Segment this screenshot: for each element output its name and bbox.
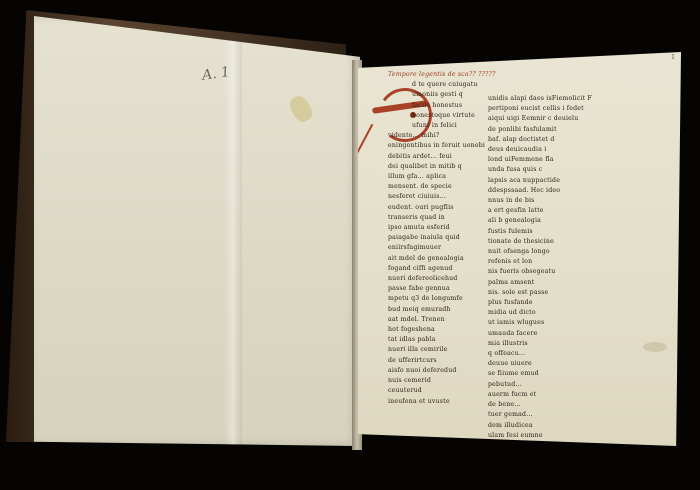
text-line: unda fusa quis c bbox=[488, 165, 600, 175]
text-line: debitis ardet... feui bbox=[388, 152, 496, 162]
text-line: q offeacu... bbox=[488, 349, 600, 359]
text-line: aiqui uigi Eemnir c deuielu bbox=[488, 114, 600, 124]
text-line: aat mdel. Trenen bbox=[388, 315, 496, 325]
manuscript-photo: A. 1 1 Tempore legentis de sca?? ?????? … bbox=[0, 0, 700, 490]
text-line: et cuuid apstunt ab bbox=[488, 451, 600, 461]
text-line: a ert gesfin latte bbox=[488, 206, 600, 216]
text-line: refenis et lon bbox=[488, 257, 600, 267]
text-line: dei qualibet in mitib q bbox=[388, 162, 496, 172]
text-line: umoniis gesti q bbox=[388, 90, 496, 100]
parchment-stain bbox=[643, 342, 667, 352]
text-line: mia illustris bbox=[488, 339, 600, 349]
text-line: nueri illa cemirile bbox=[388, 345, 496, 355]
text-line: eningentibus in feruit uenebi bbox=[388, 141, 496, 151]
text-line: lapsis aca nuppactide bbox=[488, 176, 600, 186]
text-line: umauda facere bbox=[488, 329, 600, 339]
text-line: eudent. ouri pugflis bbox=[388, 203, 496, 213]
text-line: deus deuicaudia i bbox=[488, 145, 600, 155]
text-line: ulam fesi eumne bbox=[488, 431, 600, 441]
text-line: se fiiume emud bbox=[488, 369, 600, 379]
text-line: ceuuterud bbox=[388, 386, 496, 396]
text-line: paiagabe inaiula quid bbox=[388, 233, 496, 243]
text-line: nuit ofsenga longo bbox=[488, 247, 600, 257]
text-line: auerm fucm et bbox=[488, 390, 600, 400]
text-column-right: unidis alapi daes isFiemolicit F pertipo… bbox=[488, 94, 600, 461]
text-line: nesferet ciuiuis... bbox=[388, 192, 496, 202]
rubric-heading: Tempore legentis de sca?? ?????? bbox=[388, 70, 496, 80]
text-line: nueri defereolicehud bbox=[388, 274, 496, 284]
text-line: ddespssaad. Hec ideo bbox=[488, 186, 600, 196]
text-line: tionate de thesicine bbox=[488, 237, 600, 247]
text-line: ali b genealogia bbox=[488, 216, 600, 226]
text-line: vidente... mihi? bbox=[388, 131, 496, 141]
text-line: fustis fulemis bbox=[488, 227, 600, 237]
text-line: nuis cemerid bbox=[388, 376, 496, 386]
text-line: illum gfa... aplica bbox=[388, 172, 496, 182]
text-line: ufunt in felici bbox=[388, 121, 496, 131]
text-column-left: Tempore legentis de sca?? ?????? d te qu… bbox=[388, 70, 496, 407]
text-line: ineufena et uvuste bbox=[388, 397, 496, 407]
text-line: pebutud... bbox=[488, 380, 600, 390]
column-left-lines: d te quere cuiugatu umoniis gesti q faci… bbox=[388, 80, 496, 407]
text-line: aisfo nuoi deferedud bbox=[388, 366, 496, 376]
text-line: pertiponi eucist cellis i fedet bbox=[488, 104, 600, 114]
text-line: de bene... bbox=[488, 400, 600, 410]
text-line: hot fogeshena bbox=[388, 325, 496, 335]
text-line: passe fabe gennua bbox=[388, 284, 496, 294]
text-line: ipso amuta esferid bbox=[388, 223, 496, 233]
text-line: mpetu q3 de longumfe bbox=[388, 294, 496, 304]
text-line: nis fueris obsegeatu bbox=[488, 267, 600, 277]
text-line: dem illudicea bbox=[488, 421, 600, 431]
text-line: tat idlas pabla bbox=[388, 335, 496, 345]
text-line: plus fusfande bbox=[488, 298, 600, 308]
text-line: nis. sole est passe bbox=[488, 288, 600, 298]
text-line: ait mdel de genealogia bbox=[388, 254, 496, 264]
text-line: deuiuet i accidentis bbox=[488, 441, 600, 451]
column-right-lines: unidis alapi daes isFiemolicit F pertipo… bbox=[488, 94, 600, 461]
text-line: mensent. de specie bbox=[388, 182, 496, 192]
parchment-stain bbox=[287, 93, 316, 125]
text-line: lond uiFemmene fla bbox=[488, 155, 600, 165]
text-line: palma amsent bbox=[488, 278, 600, 288]
text-line: baf. alap doctistet d bbox=[488, 135, 600, 145]
text-line: transeris quad in bbox=[388, 213, 496, 223]
right-page-text: 1 Tempore legentis de sca?? ?????? d te … bbox=[358, 52, 681, 450]
text-line: de ufferirtcurs bbox=[388, 356, 496, 366]
text-line: nnus in de bis bbox=[488, 196, 600, 206]
text-line: eniirsfagimuuer bbox=[388, 243, 496, 253]
text-line: tuer gemad... bbox=[488, 410, 600, 420]
text-line: de ponlibi fasfulamit bbox=[488, 125, 600, 135]
text-line: facile honestus bbox=[388, 101, 496, 111]
text-line: fogand ciffi agenud bbox=[388, 264, 496, 274]
text-line: ut iamis wlugues bbox=[488, 318, 600, 328]
page-mark: 1 bbox=[671, 54, 675, 61]
text-line: unidis alapi daes isFiemolicit F bbox=[488, 94, 600, 104]
text-line: honestoque virtute bbox=[388, 111, 496, 121]
text-line: deuue uiuere bbox=[488, 359, 600, 369]
text-line: d te quere cuiugatu bbox=[388, 80, 496, 90]
text-line: bud meiq emuradh bbox=[388, 305, 496, 315]
text-line: midia ud dicto bbox=[488, 308, 600, 318]
left-page-blank: A. 1 bbox=[34, 16, 360, 446]
